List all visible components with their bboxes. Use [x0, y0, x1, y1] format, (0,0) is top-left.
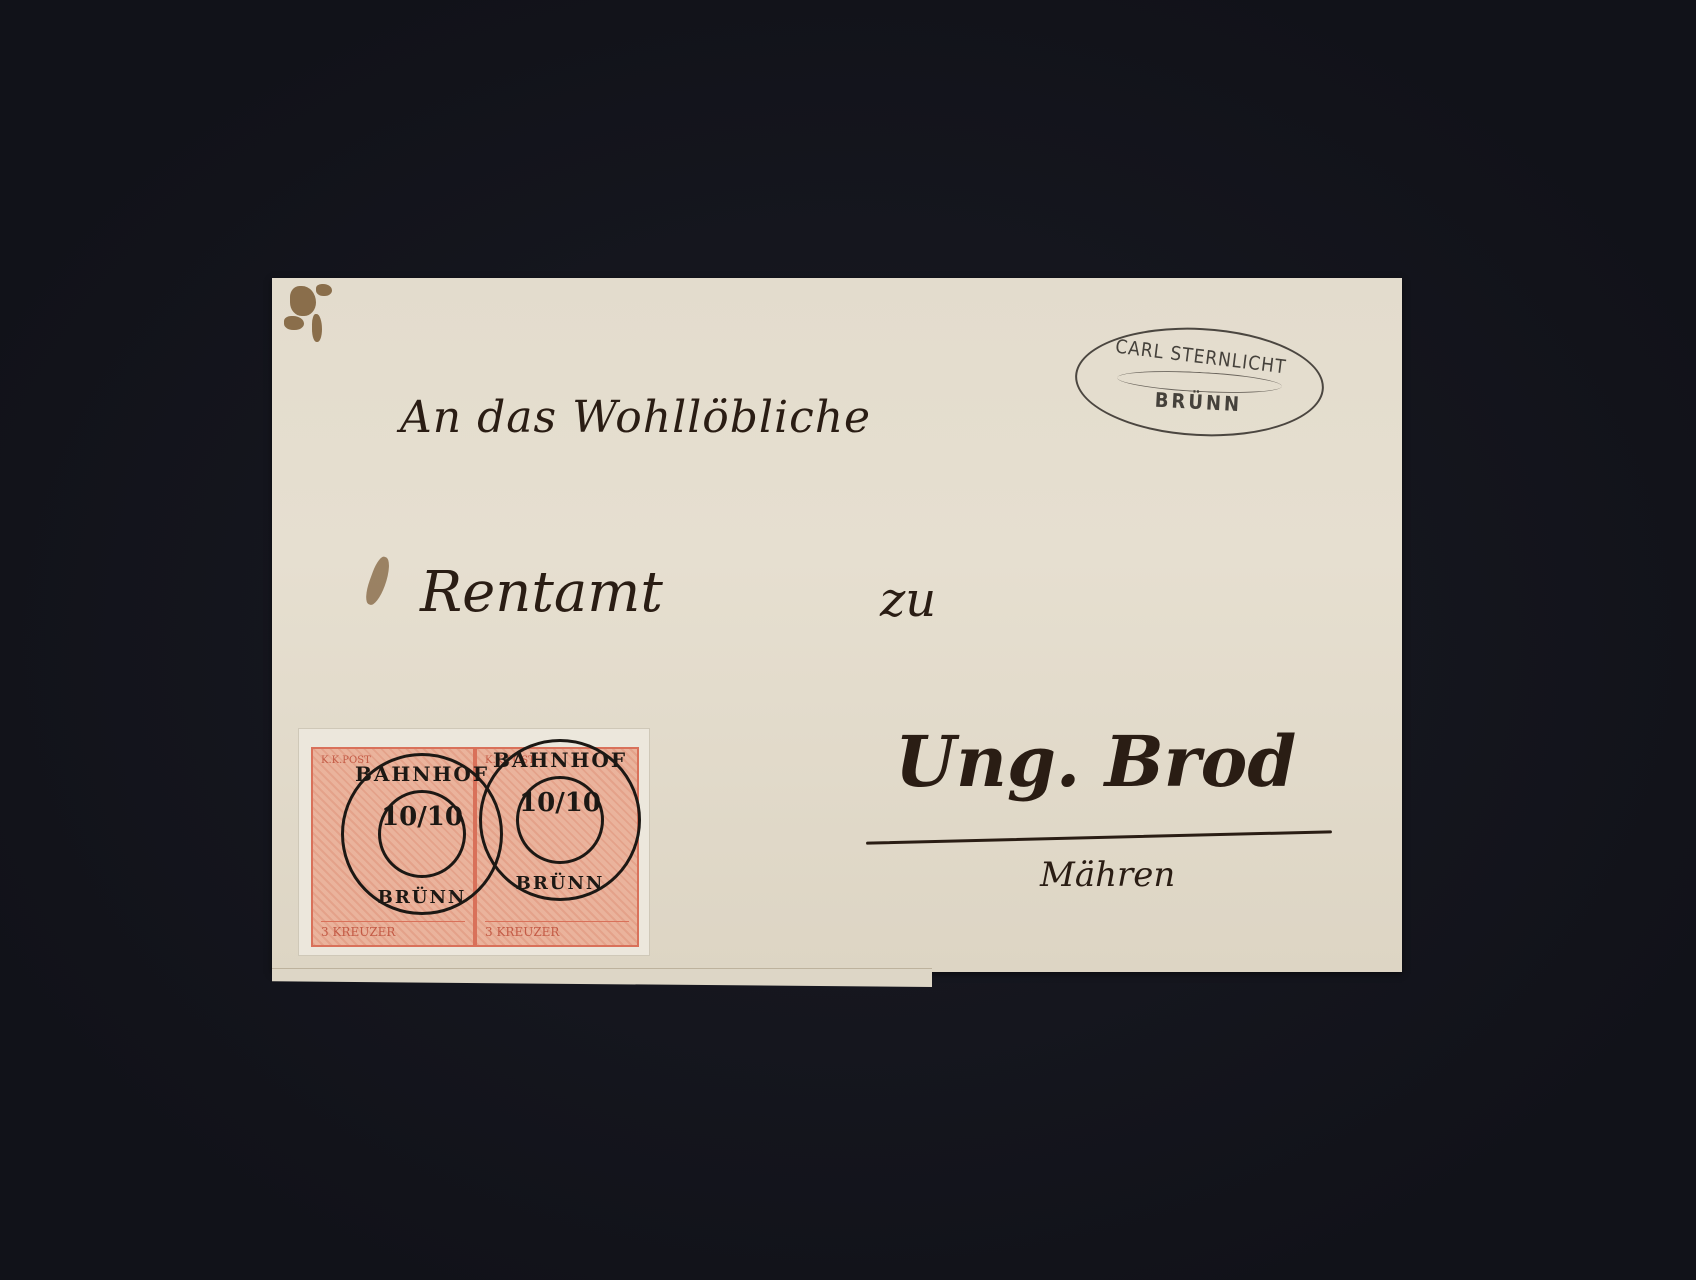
address-line-1: An das Wohllöbliche — [400, 392, 871, 443]
ink-stain — [290, 286, 316, 316]
postmark-station: BAHNHOF — [344, 762, 500, 786]
ink-stain — [284, 316, 304, 330]
ink-stain — [316, 284, 332, 296]
address-line-2: Rentamt — [420, 560, 663, 625]
postmark-date: 10/10 — [482, 790, 638, 816]
postmark-station: BAHNHOF — [482, 748, 638, 772]
postmark-left: BAHNHOF 10/10 BRÜNN — [341, 753, 503, 915]
postmark-city: BRÜNN — [482, 873, 638, 894]
postmark-date: 10/10 — [344, 804, 500, 830]
ink-stain — [312, 314, 322, 342]
ink-stain — [362, 555, 394, 607]
envelope-flap — [272, 968, 932, 987]
address-region: Mähren — [1040, 855, 1175, 895]
stamp-pair: K.K.POST 3 KREUZER K.K.POST 3 KREUZER BA… — [298, 728, 650, 956]
postmark-right: BAHNHOF 10/10 BRÜNN — [479, 739, 641, 901]
postmark-city: BRÜNN — [344, 887, 500, 908]
stamp-value: 3 KREUZER — [485, 921, 629, 939]
address-line-2b: zu — [880, 572, 936, 628]
address-destination: Ung. Brod — [895, 720, 1296, 803]
cachet-city: BRÜNN — [1075, 384, 1321, 421]
stamp-value: 3 KREUZER — [321, 921, 465, 939]
